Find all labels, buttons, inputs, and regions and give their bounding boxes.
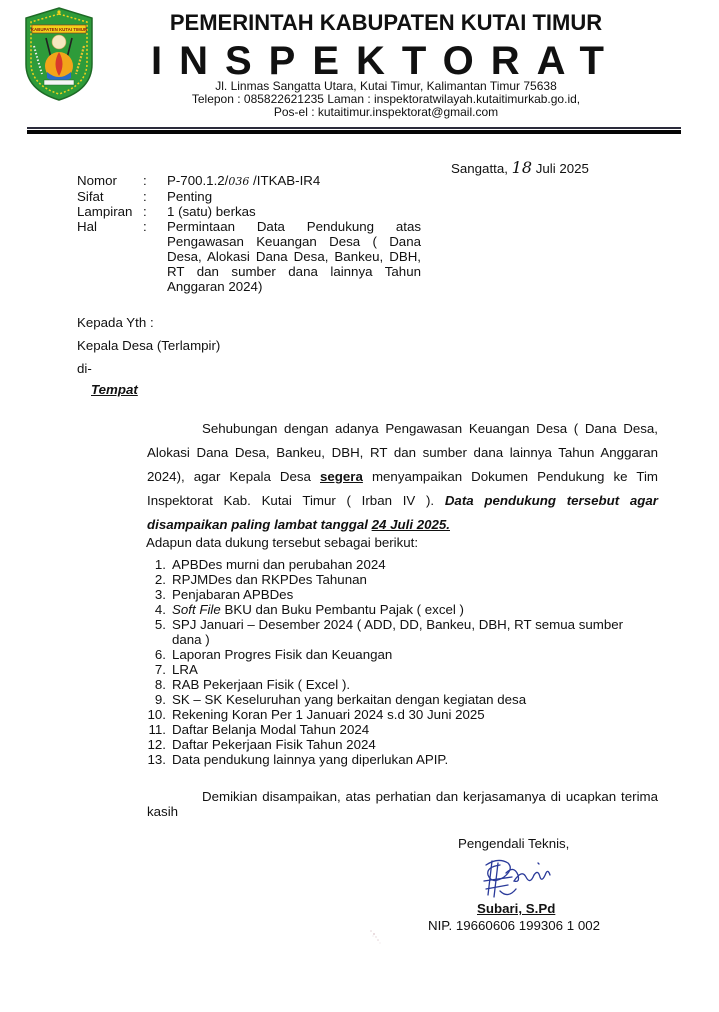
list-item: 7.LRA [146, 662, 646, 677]
meta-value-nomor: P-700.1.2/036 /ITKAB-IR4 [167, 173, 421, 189]
list-text: Daftar Belanja Modal Tahun 2024 [172, 722, 646, 737]
list-text: SK – SK Keseluruhan yang berkaitan denga… [172, 692, 646, 707]
meta-row-lampiran: Lampiran : 1 (satu) berkas [77, 204, 421, 219]
nomor-handwritten: 036 [228, 175, 249, 188]
list-text: LRA [172, 662, 646, 677]
date-month-year: Juli 2025 [536, 161, 589, 176]
meta-row-sifat: Sifat : Penting [77, 189, 421, 204]
list-item: 4.Soft File BKU dan Buku Pembantu Pajak … [146, 602, 646, 617]
list-intro: Adapun data dukung tersebut sebagai beri… [146, 535, 418, 550]
meta-row-nomor: Nomor : P-700.1.2/036 /ITKAB-IR4 [77, 173, 421, 189]
date-day-handwritten: 18 [512, 158, 532, 177]
list-number: 2. [146, 572, 172, 587]
recipient-salutation: Kepada Yth : [77, 315, 220, 338]
list-number: 3. [146, 587, 172, 602]
list-text: Daftar Pekerjaan Fisik Tahun 2024 [172, 737, 646, 752]
letterhead-contact: Jl. Linmas Sangatta Utara, Kutai Timur, … [146, 80, 626, 119]
signatory-title: Pengendali Teknis, [458, 836, 569, 851]
recipient-place: Tempat [91, 382, 138, 397]
signatory-nip: NIP. 19660606 199306 1 002 [428, 918, 600, 933]
kutai-timur-emblem-icon: KABUPATEN KUTAI TIMUR [22, 6, 96, 102]
handwritten-signature-icon [478, 855, 558, 903]
body-deadline-date: 24 Juli 2025. [372, 517, 450, 532]
letterhead-rule-thick [27, 130, 681, 134]
meta-label: Hal [77, 219, 143, 294]
body-paragraph: Sehubungan dengan adanya Pengawasan Keua… [147, 417, 658, 537]
list-item: 10.Rekening Koran Per 1 Januari 2024 s.d… [146, 707, 646, 722]
list-item: 5.SPJ Januari – Desember 2024 ( ADD, DD,… [146, 617, 646, 647]
closing-paragraph: Demikian disampaikan, atas perhatian dan… [147, 789, 658, 819]
list-number: 8. [146, 677, 172, 692]
list-text: APBDes murni dan perubahan 2024 [172, 557, 646, 572]
list-text: Penjabaran APBDes [172, 587, 646, 602]
list-number: 1. [146, 557, 172, 572]
list-number: 5. [146, 617, 172, 647]
list-number: 9. [146, 692, 172, 707]
list-item: 6.Laporan Progres Fisik dan Keuangan [146, 647, 646, 662]
list-item: 3.Penjabaran APBDes [146, 587, 646, 602]
date-place: Sangatta, [451, 161, 508, 176]
meta-label: Lampiran [77, 204, 143, 219]
letterhead-email: Pos-el : kutaitimur.inspektorat@gmail.co… [146, 106, 626, 119]
list-text: RPJMDes dan RKPDes Tahunan [172, 572, 646, 587]
list-number: 10. [146, 707, 172, 722]
nomor-suffix: /ITKAB-IR4 [249, 173, 320, 188]
letterhead-government: PEMERINTAH KABUPATEN KUTAI TIMUR [146, 10, 626, 36]
meta-colon: : [143, 173, 167, 189]
letter-date: Sangatta, 18 Juli 2025 [451, 160, 589, 176]
list-item: 12.Daftar Pekerjaan Fisik Tahun 2024 [146, 737, 646, 752]
list-text: Laporan Progres Fisik dan Keuangan [172, 647, 646, 662]
recipient-name: Kepala Desa (Terlampir) [77, 338, 220, 361]
list-item: 9.SK – SK Keseluruhan yang berkaitan den… [146, 692, 646, 707]
list-text-rest: BKU dan Buku Pembantu Pajak ( excel ) [221, 602, 464, 617]
letter-meta: Nomor : P-700.1.2/036 /ITKAB-IR4 Sifat :… [77, 173, 421, 294]
list-number: 4. [146, 602, 172, 617]
signatory-name: Subari, S.Pd [477, 901, 555, 916]
list-item: 2.RPJMDes dan RKPDes Tahunan [146, 572, 646, 587]
list-number: 11. [146, 722, 172, 737]
list-text: SPJ Januari – Desember 2024 ( ADD, DD, B… [172, 617, 646, 647]
meta-label: Sifat [77, 189, 143, 204]
meta-value-lampiran: 1 (satu) berkas [167, 204, 421, 219]
list-text-italic: Soft File [172, 602, 221, 617]
meta-value-sifat: Penting [167, 189, 421, 204]
list-item: 1.APBDes murni dan perubahan 2024 [146, 557, 646, 572]
list-number: 7. [146, 662, 172, 677]
list-item: 11.Daftar Belanja Modal Tahun 2024 [146, 722, 646, 737]
list-number: 13. [146, 752, 172, 767]
requirements-list: 1.APBDes murni dan perubahan 2024 2.RPJM… [146, 557, 646, 767]
list-text: Soft File BKU dan Buku Pembantu Pajak ( … [172, 602, 646, 617]
svg-text:KABUPATEN KUTAI TIMUR: KABUPATEN KUTAI TIMUR [31, 27, 88, 32]
list-text: Rekening Koran Per 1 Januari 2024 s.d 30… [172, 707, 646, 722]
nomor-prefix: P-700.1.2/ [167, 173, 228, 188]
scan-speck [365, 925, 385, 947]
list-number: 12. [146, 737, 172, 752]
recipient-at: di- [77, 361, 220, 384]
meta-colon: : [143, 219, 167, 294]
meta-value-hal: Permintaan Data Pendukung atas Pengawasa… [167, 219, 421, 294]
meta-label: Nomor [77, 173, 143, 189]
list-text: RAB Pekerjaan Fisik ( Excel ). [172, 677, 646, 692]
letterhead-agency: INSPEKTORAT [146, 38, 626, 84]
list-number: 6. [146, 647, 172, 662]
list-item: 13.Data pendukung lainnya yang diperluka… [146, 752, 646, 767]
meta-row-hal: Hal : Permintaan Data Pendukung atas Pen… [77, 219, 421, 294]
body-emphasis-segera: segera [320, 469, 363, 484]
recipient-block: Kepada Yth : Kepala Desa (Terlampir) di- [77, 315, 220, 384]
meta-colon: : [143, 204, 167, 219]
list-text: Data pendukung lainnya yang diperlukan A… [172, 752, 646, 767]
list-item: 8.RAB Pekerjaan Fisik ( Excel ). [146, 677, 646, 692]
letterhead-rule-thin [27, 127, 681, 129]
meta-colon: : [143, 189, 167, 204]
